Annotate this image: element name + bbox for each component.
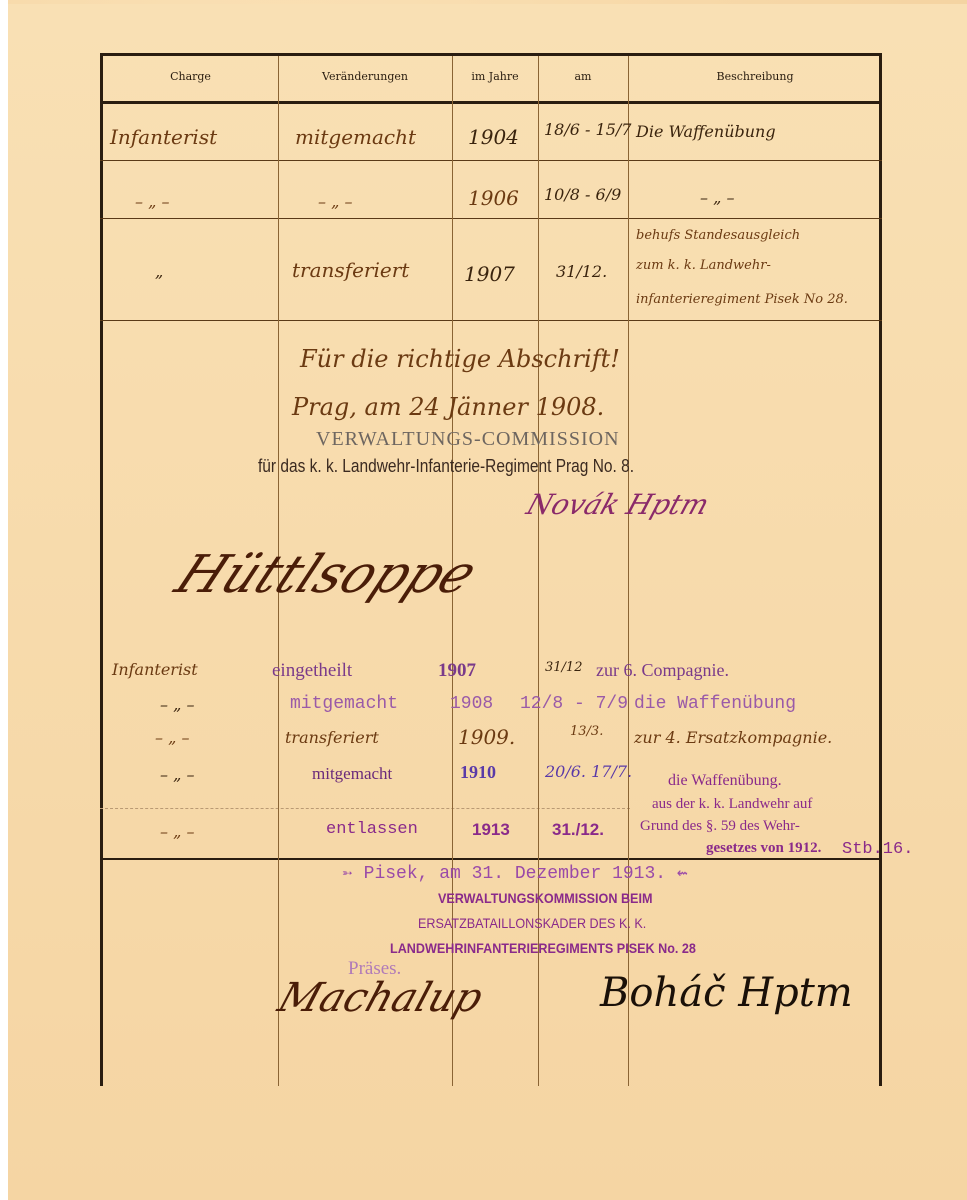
entry5-reference: Stb.16.: [842, 840, 913, 859]
signature-machalup: Machalup: [273, 975, 489, 1021]
signature-bohac: Boháč Hptm: [600, 970, 853, 1016]
row1-charge: Infanterist: [110, 125, 217, 149]
closing-place-date: ➳ Pisek, am 31. Dezember 1913. ⇜: [342, 862, 688, 884]
row-divider: [100, 160, 882, 161]
column-divider: [538, 56, 539, 1086]
row3-description-line2: zum k. k. Landwehr-: [636, 258, 771, 273]
header-year: im Jahre: [452, 62, 538, 92]
row2-description: – „ –: [700, 188, 734, 207]
stamp-commission-regiment: für das k. k. Landwehr-Infanterie-Regime…: [258, 456, 634, 477]
column-divider: [628, 56, 629, 1086]
entry1-description: zur 6. Compagnie.: [596, 660, 729, 681]
header-changes: Veränderungen: [278, 62, 452, 92]
entry3-charge: – „ –: [155, 728, 189, 747]
entry4-description: die Waffenübung.: [668, 772, 782, 790]
signature-novak: Novák Hptm: [523, 488, 714, 521]
signature-large: Hüttlsoppe: [166, 545, 487, 605]
row1-change: mitgemacht: [295, 125, 416, 149]
row-divider: [100, 218, 882, 219]
header-date: am: [538, 62, 628, 92]
entry3-description: zur 4. Ersatzkompagnie.: [634, 728, 832, 747]
entry4-year: 1910: [460, 762, 496, 783]
row3-date: 31/12.: [556, 262, 607, 281]
header-description: Beschreibung: [628, 62, 882, 92]
row1-date: 18/6 - 15/7: [544, 120, 631, 139]
closing-stamp-line3: LANDWEHRINFANTERIEREGIMENTS PISEK No. 28: [390, 940, 696, 956]
entry3-year: 1909.: [458, 725, 515, 749]
entry2-date: 12/8 - 7/9: [520, 694, 628, 714]
entry3-change: transferiert: [285, 728, 379, 747]
row3-description-line1: behufs Standesausgleich: [636, 228, 800, 243]
header-divider: [100, 101, 882, 104]
row-divider: [100, 858, 882, 860]
header-charge: Charge: [103, 62, 278, 92]
row3-year: 1907: [464, 262, 515, 286]
entry5-date: 31./12.: [552, 820, 604, 840]
row3-charge: „: [155, 262, 163, 281]
row3-description-line3: infanterieregiment Pisek No 28.: [636, 292, 848, 307]
scan-margin: [0, 0, 8, 1200]
entry2-description: die Waffenübung: [634, 694, 796, 714]
entry4-charge: – „ –: [160, 765, 194, 784]
entry4-change: mitgemacht: [312, 764, 392, 784]
entry5-description-line2: Grund des §. 59 des Wehr-: [640, 818, 800, 835]
entry2-year: 1908: [450, 694, 493, 714]
row3-change: transferiert: [292, 258, 409, 282]
entry1-date: 31/12: [545, 660, 582, 675]
row1-year: 1904: [468, 125, 519, 149]
entry5-charge: – „ –: [160, 822, 194, 841]
entry5-change: entlassen: [326, 820, 418, 839]
certification-line2: Prag, am 24 Jänner 1908.: [292, 393, 604, 421]
row2-charge: – „ –: [135, 192, 169, 211]
row2-change: – „ –: [318, 192, 352, 211]
entry1-change: eingetheilt: [272, 660, 352, 682]
row2-date: 10/8 - 6/9: [544, 185, 621, 204]
entry5-description-line1: aus der k. k. Landwehr auf: [652, 796, 812, 813]
entry4-date: 20/6. 17/7.: [545, 762, 632, 781]
stamp-commission-title: VERWALTUNGS-COMMISSION: [316, 428, 620, 451]
entry1-year: 1907: [438, 660, 476, 682]
row2-year: 1906: [468, 186, 519, 210]
closing-stamp-line1: VERWALTUNGSKOMMISSION BEIM: [438, 890, 652, 906]
row1-description: Die Waffenübung: [636, 122, 776, 141]
row-divider: [100, 320, 882, 321]
row-divider: [100, 808, 630, 809]
entry1-charge: Infanterist: [112, 660, 198, 679]
entry5-description-line3: gesetzes von 1912.: [706, 840, 821, 857]
entry5-year: 1913: [472, 820, 510, 840]
closing-stamp-line2: ERSATZBATAILLONSKADER DES K. K.: [418, 915, 646, 931]
entry3-date: 13/3.: [570, 724, 603, 739]
certification-line1: Für die richtige Abschrift!: [300, 345, 620, 373]
entry2-charge: – „ –: [160, 695, 194, 714]
entry2-change: mitgemacht: [290, 694, 398, 714]
